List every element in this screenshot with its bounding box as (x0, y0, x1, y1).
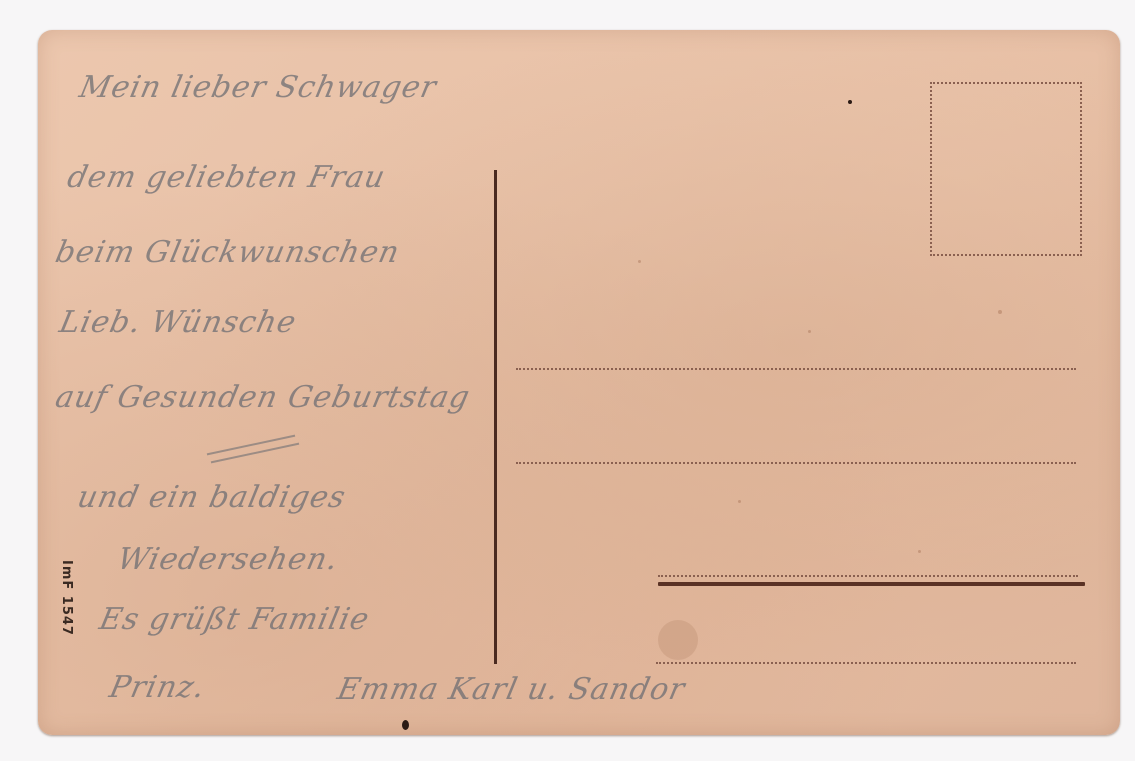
message-line: Wiedersehen. (114, 542, 341, 577)
paper-speck (918, 550, 921, 553)
address-line (516, 368, 1076, 370)
underline-stroke (211, 443, 299, 464)
signature-line: Emma Karl u. Sandor (334, 672, 688, 707)
paper-speck (808, 330, 811, 333)
message-line: Mein lieber Schwager (76, 70, 440, 105)
address-line (658, 575, 1078, 577)
paper-speck (638, 260, 641, 263)
message-address-divider (494, 170, 497, 664)
address-solid-line (658, 582, 1085, 586)
message-line: Prinz. (106, 670, 208, 705)
paper-speck (658, 620, 698, 660)
paper-speck (998, 310, 1002, 314)
message-line: beim Glückwunschen (52, 235, 403, 270)
message-line: Lieb. Wünsche (56, 305, 300, 340)
message-line: und ein baldiges (74, 480, 349, 515)
stamp-box (930, 82, 1082, 256)
message-line: dem geliebten Frau (64, 160, 389, 195)
postcard-back: Mein lieber Schwager dem geliebten Frau … (38, 30, 1120, 735)
message-line: Es grüßt Familie (96, 602, 372, 637)
ink-spot (402, 720, 409, 730)
publisher-imprint: ImF 1547 (59, 560, 74, 636)
address-line (656, 662, 1076, 664)
message-line: auf Gesunden Geburtstag (52, 380, 473, 415)
paper-speck (738, 500, 741, 503)
paper-speck (848, 100, 852, 104)
address-line (516, 462, 1076, 464)
